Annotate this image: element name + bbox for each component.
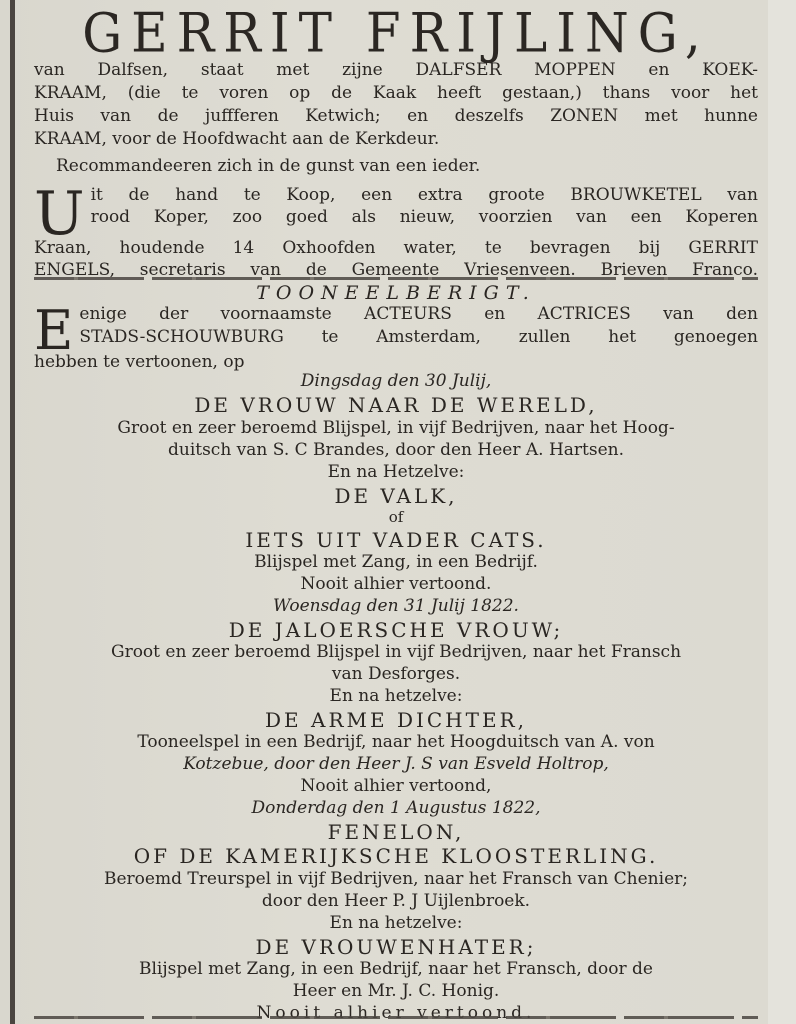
section-heading: TOONEELBERIGT. bbox=[34, 284, 758, 303]
play-description: En na Hetzelve: bbox=[34, 464, 758, 486]
text-line: KRAAM, (die te voren op de Kaak heeft ge… bbox=[34, 85, 758, 108]
conjunction: of bbox=[34, 510, 758, 530]
page-edge bbox=[768, 0, 796, 1024]
text-line: enige der voornaamste ACTEURS en ACTRICE… bbox=[34, 306, 758, 329]
play-description: En na hetzelve: bbox=[34, 688, 758, 710]
text-line: van Dalfsen, staat met zijne DALFSER MOP… bbox=[34, 62, 758, 85]
theatre-program: Dingsdag den 30 Julij, DE VROUW NAAR DE … bbox=[34, 373, 758, 1024]
play-title: DE VROUW NAAR DE WERELD, bbox=[34, 395, 758, 420]
play-description: Blijspel met Zang, in een Bedrijf. bbox=[34, 554, 758, 576]
advert-frijling: GERRIT FRIJLING, bbox=[34, 8, 758, 58]
theatre-heading: TOONEELBERIGT. bbox=[34, 284, 758, 303]
text-line: rood Koper, zoo goed als nieuw, voorzien… bbox=[34, 209, 758, 231]
play-description: Groot en zeer beroemd Blijspel, in vijf … bbox=[34, 420, 758, 442]
theatre-intro: E enige der voornaamste ACTEURS en ACTRI… bbox=[34, 306, 758, 371]
play-description: En na hetzelve: bbox=[34, 915, 758, 937]
performance-date: Woensdag den 31 Julij 1822. bbox=[34, 598, 758, 620]
drop-cap: E bbox=[34, 308, 73, 354]
play-title: DE JALOERSCHE VROUW; bbox=[34, 620, 758, 644]
text-line: hebben te vertoonen, op bbox=[34, 354, 758, 371]
play-description: Heer en Mr. J. C. Honig. bbox=[34, 983, 758, 1005]
play-description: Beroemd Treurspel in vijf Bedrijven, naa… bbox=[34, 871, 758, 893]
play-title: IETS UIT VADER CATS. bbox=[34, 530, 758, 554]
play-description: van Desforges. bbox=[34, 666, 758, 688]
play-description: Nooit alhier vertoond, bbox=[34, 778, 758, 800]
advert-title: GERRIT FRIJLING, bbox=[34, 6, 758, 60]
play-description: Nooit alhier vertoond. bbox=[34, 1005, 758, 1024]
play-description: Nooit alhier vertoond. bbox=[34, 576, 758, 598]
play-description: duitsch van S. C Brandes, door den Heer … bbox=[34, 442, 758, 464]
text-line: Huis van de juffferen Ketwich; en deszel… bbox=[34, 108, 758, 131]
play-title: OF DE KAMERIJKSCHE KLOOSTERLING. bbox=[34, 846, 758, 871]
advert-frijling-body: van Dalfsen, staat met zijne DALFSER MOP… bbox=[34, 62, 758, 175]
text-line: KRAAM, voor de Hoofdwacht aan de Kerkdeu… bbox=[34, 131, 758, 158]
play-title: DE ARME DICHTER, bbox=[34, 710, 758, 734]
column-rule bbox=[10, 0, 15, 1024]
text-line: it de hand te Koop, een extra groote BRO… bbox=[34, 187, 758, 209]
play-title: DE VROUWENHATER; bbox=[34, 937, 758, 961]
performance-date: Donderdag den 1 Augustus 1822, bbox=[34, 800, 758, 822]
text-line: Kraan, houdende 14 Oxhoofden water, te b… bbox=[34, 240, 758, 262]
performance-date: Dingsdag den 30 Julij, bbox=[34, 373, 758, 395]
play-description: Tooneelspel in een Bedrijf, naar het Hoo… bbox=[34, 734, 758, 756]
divider bbox=[34, 277, 758, 280]
play-description: Blijspel met Zang, in een Bedrijf, naar … bbox=[34, 961, 758, 983]
play-title: DE VALK, bbox=[34, 486, 758, 510]
text-line: STADS-SCHOUWBURG te Amsterdam, zullen he… bbox=[34, 329, 758, 352]
play-title: FENELON, bbox=[34, 822, 758, 846]
drop-cap: U bbox=[34, 189, 85, 240]
play-description: door den Heer P. J Uijlenbroek. bbox=[34, 893, 758, 915]
advert-brouwketel: U it de hand te Koop, een extra groote B… bbox=[34, 187, 758, 284]
text-line: ENGELS, secretaris van de Gemeente Vries… bbox=[34, 262, 758, 284]
play-description: Kotzebue, door den Heer J. S van Esveld … bbox=[34, 756, 758, 778]
text-line: Recommandeeren zich in de gunst van een … bbox=[34, 158, 758, 175]
divider bbox=[34, 1016, 758, 1019]
play-description: Groot en zeer beroemd Blijspel in vijf B… bbox=[34, 644, 758, 666]
